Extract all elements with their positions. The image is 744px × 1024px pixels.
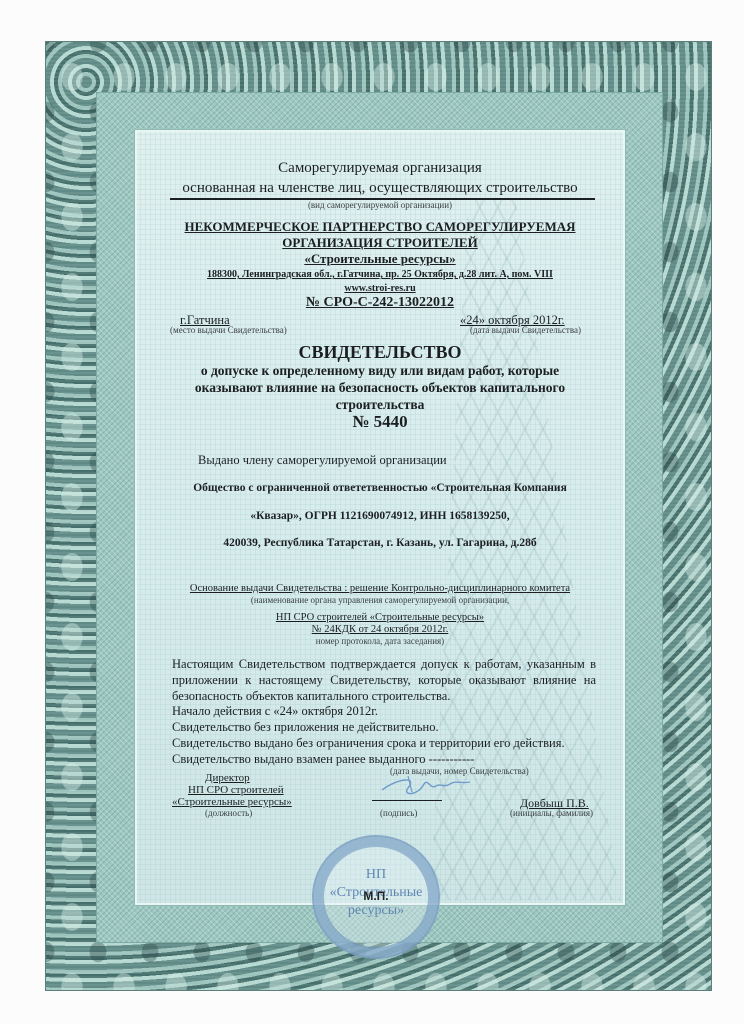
member-line1: Общество с ограниченной ответетвенностью… [135, 482, 625, 494]
issue-date-caption: (дата выдачи Свидетельства) [470, 325, 581, 335]
member-line2: «Квазар», ОГРН 1121690074912, ИНН 165813… [135, 510, 625, 522]
stamp-line1: НП [314, 867, 438, 883]
body-validity: Свидетельство без приложения не действит… [172, 720, 439, 735]
member-intro: Выдано члену саморегулируемой организаци… [198, 453, 447, 468]
basis-line2: НП СРО строителей «Строительные ресурсы» [135, 612, 625, 623]
position-line1: Директор [205, 772, 250, 784]
body-paragraph: Настоящим Свидетельством подтверждается … [172, 656, 596, 704]
official-stamp: НП «Строительные ресурсы» М.П. [312, 835, 440, 959]
certificate-subtitle-line2: оказывают влияние на безопасность объект… [135, 380, 625, 396]
basis-line1: Основание выдачи Свидетельства : решение… [135, 583, 625, 594]
basis-caption1: (наименование органа управления саморегу… [135, 595, 625, 605]
member-line3: 420039, Республика Татарстан, г. Казань,… [135, 537, 625, 549]
basis-caption2: номер протокола, дата заседания) [135, 636, 625, 646]
signature-line [372, 800, 442, 801]
signature-caption: (подпись) [380, 808, 417, 818]
certificate-subtitle-line1: о допуске к определенному виду или видам… [135, 363, 625, 379]
org-type-line2: основанная на членстве лиц, осуществляющ… [135, 180, 625, 197]
org-type-line1: Саморегулируемая организация [135, 160, 625, 177]
position-line2: НП СРО строителей [188, 784, 284, 796]
body-replacement: Свидетельство выдано взамен ранее выданн… [172, 752, 474, 767]
org-name-line3: «Строительные ресурсы» [135, 251, 625, 267]
signature-icon [378, 770, 478, 800]
org-name-line2: ОРГАНИЗАЦИЯ СТРОИТЕЛЕЙ [135, 235, 625, 251]
registry-number: № СРО-С-242-13022012 [135, 295, 625, 311]
issue-place-caption: (место выдачи Свидетельства) [170, 325, 287, 335]
certificate-number: № 5440 [135, 412, 625, 432]
certificate-subtitle-line3: строительства [135, 397, 625, 413]
org-address: 188300, Ленинградская обл., г.Гатчина, п… [135, 269, 625, 280]
stamp-line3: ресурсы» [314, 903, 438, 919]
body-start: Начало действия с «24» октября 2012г. [172, 704, 378, 719]
body-term: Свидетельство выдано без ограничения сро… [172, 736, 565, 751]
certificate-title: СВИДЕТЕЛЬСТВО [135, 342, 625, 363]
org-type-caption: (вид саморегулируемой организации) [135, 200, 625, 210]
stamp-mp: М.П. [314, 889, 438, 903]
basis-line3: № 24КДК от 24 октября 2012г. [135, 624, 625, 635]
org-name-line1: НЕКОММЕРЧЕСКОЕ ПАРТНЕРСТВО САМОРЕГУЛИРУЕ… [135, 219, 625, 235]
position-caption: (должность) [205, 808, 252, 818]
signatory-name-caption: (инициалы, фамилия) [510, 808, 593, 818]
org-website[interactable]: www.stroi-res.ru [135, 283, 625, 294]
position-line3: «Строительные ресурсы» [172, 796, 292, 808]
